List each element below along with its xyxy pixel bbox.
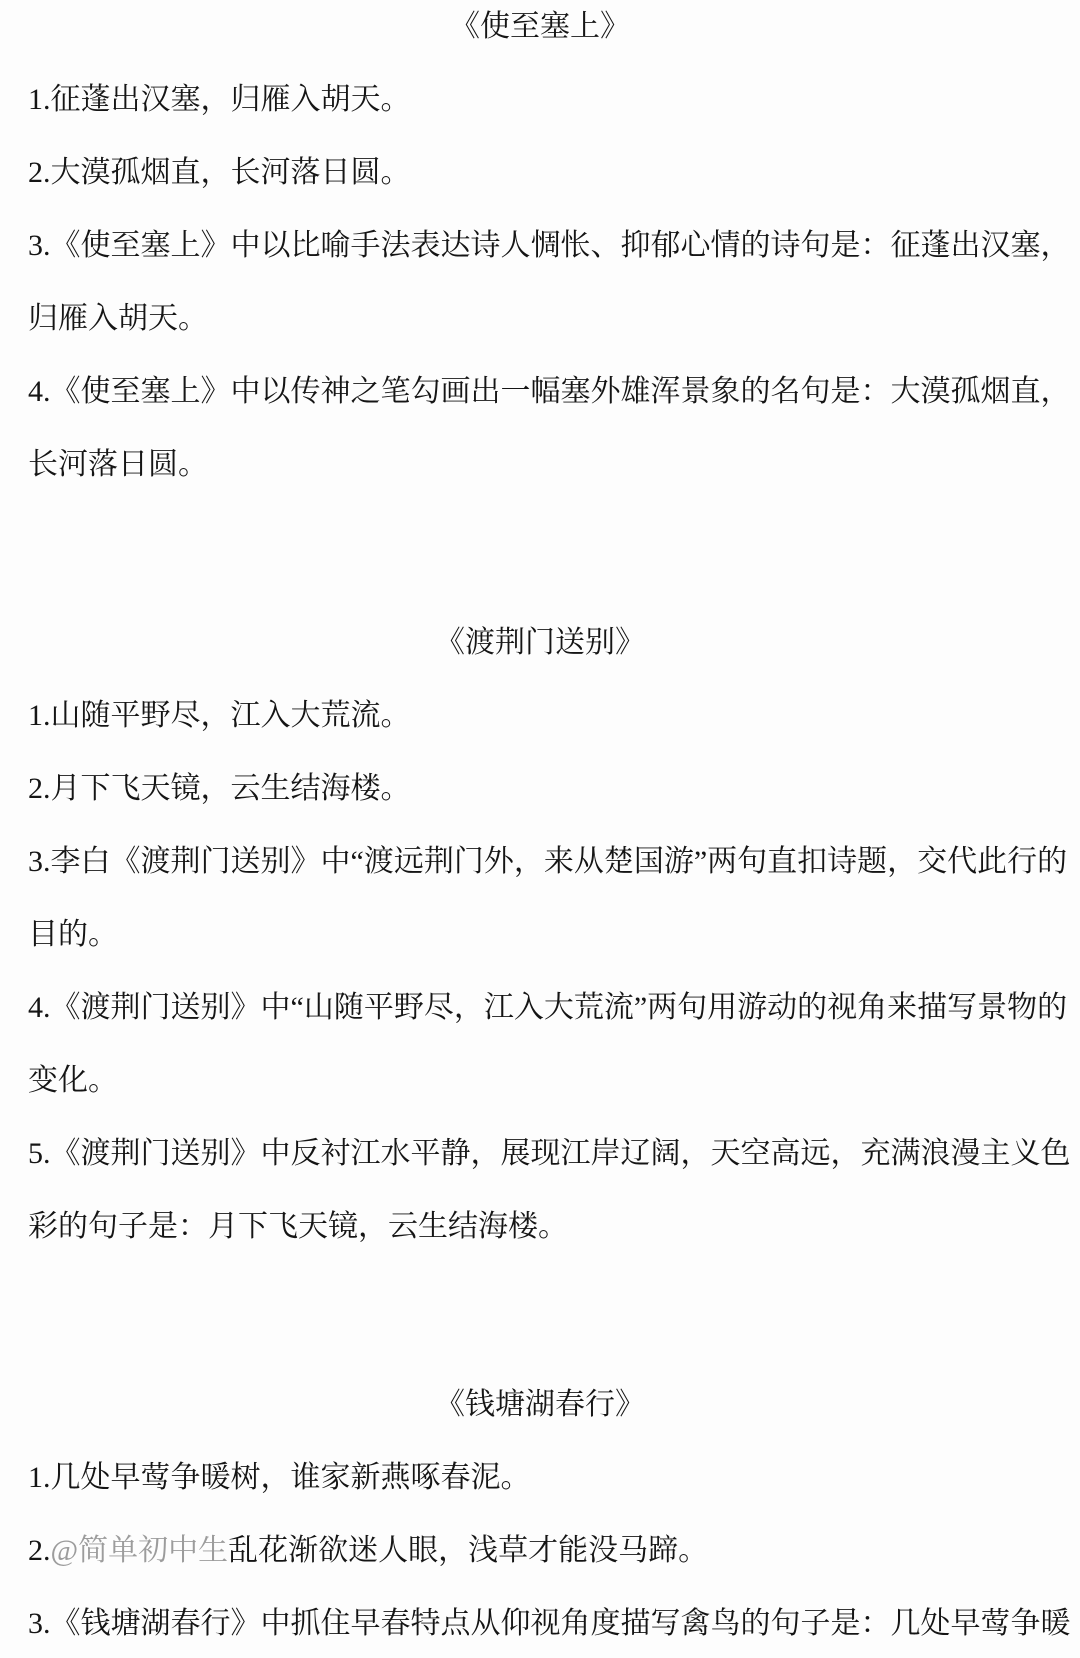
note-line: 归雁入胡天。 bbox=[0, 282, 1080, 355]
poem-section: 《使至塞上》1.征蓬出汉塞，归雁入胡天。2.大漠孤烟直，长河落日圆。3.《使至塞… bbox=[0, 0, 1080, 501]
note-line: 长河落日圆。 bbox=[0, 428, 1080, 501]
note-line: 2.大漠孤烟直，长河落日圆。 bbox=[0, 136, 1080, 209]
note-line: 彩的句子是：月下飞天镜，云生结海楼。 bbox=[0, 1190, 1080, 1263]
note-line: 5.《渡荆门送别》中反衬江水平静，展现江岸辽阔，天空高远，充满浪漫主义色 bbox=[0, 1117, 1080, 1190]
note-line: 3.《钱塘湖春行》中抓住早春特点从仰视角度描写禽鸟的句子是：几处早莺争暖 bbox=[0, 1587, 1080, 1658]
poem-mnemonic-notes: 《使至塞上》1.征蓬出汉塞，归雁入胡天。2.大漠孤烟直，长河落日圆。3.《使至塞… bbox=[0, 0, 1080, 1658]
watermark-handle: @简单初中生 bbox=[51, 1534, 229, 1567]
document-page: { "page": { "background": "#fdfdfd", "te… bbox=[0, 0, 1080, 1658]
note-line: 1.山随平野尽，江入大荒流。 bbox=[0, 679, 1080, 752]
note-line: 2.月下飞天镜，云生结海楼。 bbox=[0, 752, 1080, 825]
note-text: 2. bbox=[28, 1534, 51, 1567]
section-title: 《渡荆门送别》 bbox=[0, 606, 1080, 679]
note-line: 2.@简单初中生乱花渐欲迷人眼，浅草才能没马蹄。 bbox=[0, 1514, 1080, 1587]
note-line: 1.几处早莺争暖树，谁家新燕啄春泥。 bbox=[0, 1441, 1080, 1514]
note-line: 3.《使至塞上》中以比喻手法表达诗人惆怅、抑郁心情的诗句是：征蓬出汉塞， bbox=[0, 209, 1080, 282]
note-line: 1.征蓬出汉塞，归雁入胡天。 bbox=[0, 63, 1080, 136]
note-line: 3.李白《渡荆门送别》中“渡远荆门外，来从楚国游”两句直扣诗题，交代此行的 bbox=[0, 825, 1080, 898]
section-title: 《使至塞上》 bbox=[0, 0, 1080, 63]
note-line: 变化。 bbox=[0, 1044, 1080, 1117]
note-text: 乱花渐欲迷人眼，浅草才能没马蹄。 bbox=[228, 1534, 708, 1567]
note-line: 4.《使至塞上》中以传神之笔勾画出一幅塞外雄浑景象的名句是：大漠孤烟直， bbox=[0, 355, 1080, 428]
note-line: 目的。 bbox=[0, 898, 1080, 971]
poem-section: 《钱塘湖春行》1.几处早莺争暖树，谁家新燕啄春泥。2.@简单初中生乱花渐欲迷人眼… bbox=[0, 1368, 1080, 1658]
section-title: 《钱塘湖春行》 bbox=[0, 1368, 1080, 1441]
poem-section: 《渡荆门送别》1.山随平野尽，江入大荒流。2.月下飞天镜，云生结海楼。3.李白《… bbox=[0, 606, 1080, 1263]
note-line: 4.《渡荆门送别》中“山随平野尽，江入大荒流”两句用游动的视角来描写景物的 bbox=[0, 971, 1080, 1044]
